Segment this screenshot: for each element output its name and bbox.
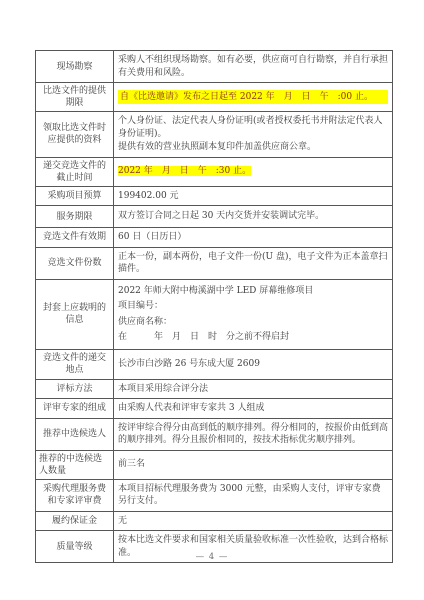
table-row: 评审专家的组成 由采购人代表和评审专家共 3 人组成 [36, 399, 393, 419]
table-row: 递交竞选文件的截止时间 2022 年 月 日 午 :30 止。 [36, 157, 393, 186]
row-label: 评审专家的组成 [36, 399, 114, 419]
row-label: 现场勘察 [36, 51, 114, 83]
table-row: 服务期限 双方签订合同之日起 30 天内交货并安装调试完毕。 [36, 206, 393, 228]
row-content: 采购人不组织现场勘察。如有必要，供应商可自行勘察，并自行承担有关费用和风险。 [114, 51, 393, 83]
table-row: 竞选文件有效期 60 日（日历日） [36, 228, 393, 248]
row-label: 履约保证金 [36, 511, 114, 531]
row-content: 本项目采用综合评分法 [114, 379, 393, 399]
row-content: 正本一份，副本两份，电子文件一份(U 盘)，电子文件为正本盖章扫描件。 [114, 247, 393, 279]
info-table: 现场勘察 采购人不组织现场勘察。如有必要，供应商可自行勘察，并自行承担有关费用和… [35, 50, 393, 563]
content-line: 长沙市白沙路 26 号东成大厦 2609 [118, 358, 388, 371]
content-line: 由采购人代表和评审专家共 3 人组成 [118, 402, 388, 415]
row-content: 无 [114, 511, 393, 531]
content-line: 本项目采用综合评分法 [118, 383, 388, 396]
table-row: 竞选文件份数 正本一份，副本两份，电子文件一份(U 盘)，电子文件为正本盖章扫描… [36, 247, 393, 279]
table-row: 采购项目预算 199402.00 元 [36, 186, 393, 206]
document-page: 现场勘察 采购人不组织现场勘察。如有必要，供应商可自行勘察，并自行承担有关费用和… [0, 0, 424, 600]
highlighted-text: 2022 年 月 日 午 :30 止。 [118, 166, 251, 176]
table-row: 比选文件的提供期限 自《比选邀请》发布之日起至 2022 年 月 日 午 :00… [36, 83, 393, 112]
content-line: 199402.00 元 [118, 190, 388, 203]
row-content: 60 日（日历日） [114, 228, 393, 248]
content-line: 2022 年 月 日 午 :30 止。 [118, 165, 388, 178]
row-label: 服务期限 [36, 206, 114, 228]
row-content: 2022 年 月 日 午 :30 止。 [114, 157, 393, 186]
row-content: 长沙市白沙路 26 号东成大厦 2609 [114, 349, 393, 379]
content-line: 在 年 月 日 时 分之前不得启封 [118, 331, 388, 344]
content-line: 自《比选邀请》发布之日起至 2022 年 月 日 午 :00 止。 [118, 90, 388, 105]
content-line: 双方签订合同之日起 30 天内交货并安装调试完毕。 [118, 210, 388, 223]
row-label: 封套上应载明的信息 [36, 279, 114, 349]
content-line: 提供有效的营业执照副本复印件加盖供应商公章。 [118, 141, 388, 154]
row-label: 推荐的中选候选人数量 [36, 450, 114, 479]
table-row: 现场勘察 采购人不组织现场勘察。如有必要，供应商可自行勘察，并自行承担有关费用和… [36, 51, 393, 83]
row-content: 2022 年师大附中梅溪湖中学 LED 屏幕维修项目 项目编号： 供应商名称： … [114, 279, 393, 349]
row-label: 领取比选文件时应提供的资料 [36, 112, 114, 158]
row-label: 竞选文件份数 [36, 247, 114, 279]
row-label: 递交竞选文件的截止时间 [36, 157, 114, 186]
highlighted-text: 自《比选邀请》发布之日起至 2022 年 月 日 午 :00 止。 [118, 90, 388, 105]
content-line: 前三名 [118, 458, 388, 471]
row-content: 双方签订合同之日起 30 天内交货并安装调试完毕。 [114, 206, 393, 228]
content-line: 采购人不组织现场勘察。如有必要，供应商可自行勘察，并自行承担有关费用和风险。 [118, 54, 388, 79]
content-line: 无 [118, 515, 388, 528]
table-row: 推荐的中选候选人数量 前三名 [36, 450, 393, 479]
content-line: 个人身份证、法定代表人身份证明(或者授权委托书并附法定代表人身份证明)。 [118, 115, 388, 140]
row-label: 比选文件的提供期限 [36, 83, 114, 112]
table-row: 履约保证金 无 [36, 511, 393, 531]
row-content: 个人身份证、法定代表人身份证明(或者授权委托书并附法定代表人身份证明)。 提供有… [114, 112, 393, 158]
content-line: 正本一份，副本两份，电子文件一份(U 盘)，电子文件为正本盖章扫描件。 [118, 251, 388, 276]
table-row: 领取比选文件时应提供的资料 个人身份证、法定代表人身份证明(或者授权委托书并附法… [36, 112, 393, 158]
page-number: — 4 — [0, 552, 424, 562]
row-content: 本项目招标代理服务费为 3000 元整，由采购人支付，评审专家费另行支付。 [114, 479, 393, 511]
content-line: 项目编号： [118, 300, 388, 313]
row-label: 采购代理服务费和专家评审费 [36, 479, 114, 511]
content-line: 供应商名称： [118, 316, 388, 329]
table-row: 推荐中选候选人 按评审综合得分由高到低的顺序排列。得分相同的，按报价由低到高的顺… [36, 418, 393, 450]
row-label: 推荐中选候选人 [36, 418, 114, 450]
table-row: 评标方法 本项目采用综合评分法 [36, 379, 393, 399]
row-label: 采购项目预算 [36, 186, 114, 206]
content-line: 本项目招标代理服务费为 3000 元整，由采购人支付，评审专家费另行支付。 [118, 483, 388, 508]
table-row: 采购代理服务费和专家评审费 本项目招标代理服务费为 3000 元整，由采购人支付… [36, 479, 393, 511]
content-line: 按评审综合得分由高到低的顺序排列。得分相同的，按报价由低到高的顺序排列。得分且报… [118, 422, 388, 447]
row-content: 按评审综合得分由高到低的顺序排列。得分相同的，按报价由低到高的顺序排列。得分且报… [114, 418, 393, 450]
row-label: 竞选文件有效期 [36, 228, 114, 248]
row-label: 竞选文件的递交地点 [36, 349, 114, 379]
row-content: 由采购人代表和评审专家共 3 人组成 [114, 399, 393, 419]
row-content: 自《比选邀请》发布之日起至 2022 年 月 日 午 :00 止。 [114, 83, 393, 112]
table-row: 封套上应载明的信息 2022 年师大附中梅溪湖中学 LED 屏幕维修项目 项目编… [36, 279, 393, 349]
row-label: 评标方法 [36, 379, 114, 399]
row-content: 199402.00 元 [114, 186, 393, 206]
content-line: 60 日（日历日） [118, 231, 388, 244]
row-content: 前三名 [114, 450, 393, 479]
table-row: 竞选文件的递交地点 长沙市白沙路 26 号东成大厦 2609 [36, 349, 393, 379]
content-line: 2022 年师大附中梅溪湖中学 LED 屏幕维修项目 [118, 285, 388, 298]
